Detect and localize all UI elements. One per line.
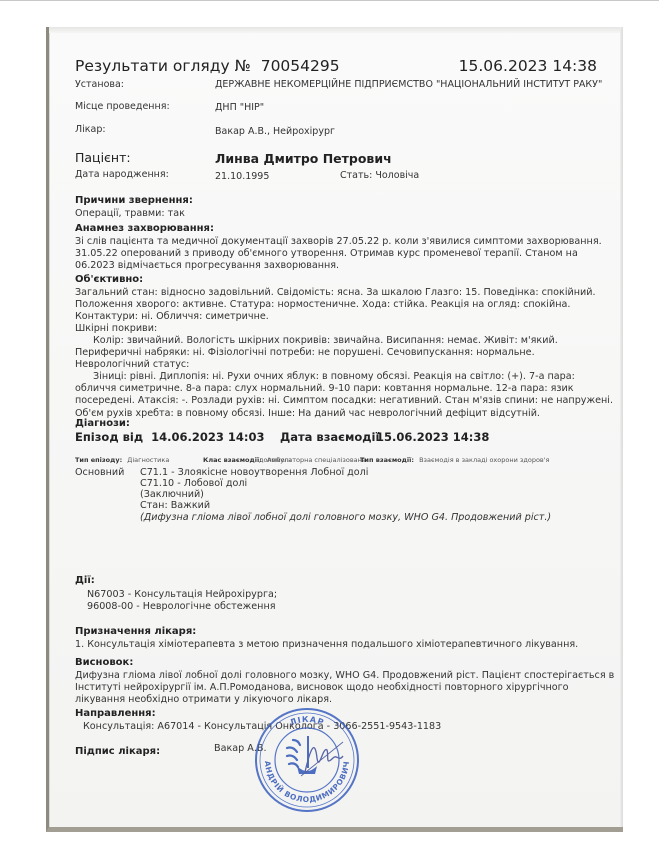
anamnesis-text: Зі слів пацієнта та медичної документаці…: [75, 236, 615, 273]
episode-date: 14.06.2023 14:03: [151, 430, 264, 444]
conclusion-text: Дифузна гліома лівої лобної долі головно…: [75, 670, 615, 707]
interaction-date-label: Дата взаємодії: [280, 430, 379, 444]
place-value: ДНП "НІР": [215, 102, 264, 113]
interaction-type-value: Взаємодія в закладі охорони здоров'я: [419, 456, 549, 464]
patient-label: Пацієнт:: [75, 150, 131, 165]
interaction-type-label: Тип взаємодії:: [360, 456, 414, 464]
paper-edge: [620, 27, 623, 827]
document-title: Результати огляду №70054295: [75, 57, 340, 75]
doctor-value: Вакар А.В., Нейрохірург: [215, 126, 335, 137]
interaction-date: 15.06.2023 14:38: [376, 430, 489, 444]
skin-text-2: Периферичні набряки: ні. Фізіологічні по…: [75, 347, 615, 359]
top-divider: [0, 0, 659, 1]
paper-shadow: [49, 27, 623, 33]
reasons-heading: Причини звернення:: [75, 195, 193, 206]
document-datetime: 15.06.2023 14:38: [459, 57, 597, 75]
objective-heading: Об'єктивно:: [75, 274, 143, 285]
interaction-class-value-cont: допомога: [259, 456, 292, 464]
institution-label: Установа:: [75, 79, 124, 90]
sex-value: Чоловіча: [375, 170, 419, 181]
svg-text:ЛІКАР: ЛІКАР: [289, 715, 326, 727]
referrals-heading: Направлення:: [75, 708, 156, 719]
skin-text: Колір: звичайний. Вологість шкірних покр…: [75, 335, 633, 347]
conclusion-heading: Висновок:: [75, 657, 133, 668]
patient-name: Линва Дмитро Петрович: [215, 151, 392, 166]
episode-from: Епізод від 14.06.2023 14:03: [75, 430, 265, 444]
official-stamp-icon: ЛІКАР АНДРІЙ ВОЛОДИМИРОВИЧ: [253, 706, 361, 814]
prescriptions-heading: Призначення лікаря:: [75, 626, 196, 637]
anamnesis-heading: Анамнез захворювання:: [75, 223, 214, 234]
diagnosis-note: (Дифузна гліома лівої лобної долі головн…: [140, 512, 551, 524]
neuro-text: Зіниці: рівні. Диплопія: ні. Рухи очних …: [75, 371, 615, 420]
institution-value: ДЕРЖАВНЕ НЕКОМЕРЦІЙНЕ ПІДПРИЄМСТВО "НАЦІ…: [215, 79, 602, 90]
diagnosis-primary-label: Основний: [75, 467, 124, 479]
interaction-class-label: Клас взаємодії:: [203, 456, 262, 464]
signature-label: Підпис лікаря:: [75, 746, 160, 757]
neuro-heading: Неврологічний статус:: [75, 359, 615, 371]
diagnosis-line: (Заключний): [140, 489, 204, 501]
dob-value: 21.10.1995: [215, 171, 269, 182]
title-label: Результати огляду №: [75, 57, 251, 75]
diagnosis-line: C71.10 - Лобової долі: [140, 478, 247, 490]
doctor-label: Лікар:: [75, 124, 106, 135]
prescriptions-text: 1. Консультація хіміотерапевта з метою п…: [75, 639, 578, 651]
episode-label: Епізод від: [75, 430, 143, 444]
sex-label: Стать:: [340, 170, 372, 181]
diagnosis-line: Стан: Важкий: [140, 500, 210, 512]
reasons-text: Операції, травми: так: [75, 208, 615, 220]
diagnosis-line: C71.1 - Злоякісне новоутворення Лобної д…: [140, 467, 368, 479]
skin-heading: Шкірні покриви:: [75, 323, 615, 335]
document-number: 70054295: [261, 57, 340, 75]
episode-type: Тип епізоду: Діагностика: [75, 447, 169, 466]
actions-heading: Дії:: [75, 575, 95, 586]
action-item: N67003 - Консультація Нейрохірурга;: [87, 589, 277, 601]
objective-general: Загальний стан: відносно задовільний. Св…: [75, 287, 615, 324]
stamp-top-text: ЛІКАР: [289, 715, 326, 727]
dob-label: Дата народження:: [75, 169, 169, 180]
action-item: 96008-00 - Неврологічне обстеження: [87, 601, 276, 613]
episode-type-label: Тип епізоду:: [75, 456, 122, 464]
interaction-type: Тип взаємодії: Взаємодія в закладі охоро…: [360, 447, 549, 466]
place-label: Місце проведення:: [75, 101, 170, 112]
sex-field: Стать: Чоловіча: [340, 170, 419, 181]
diagnoses-heading: Діагнози:: [75, 418, 130, 429]
episode-type-value: Діагностика: [127, 456, 169, 464]
